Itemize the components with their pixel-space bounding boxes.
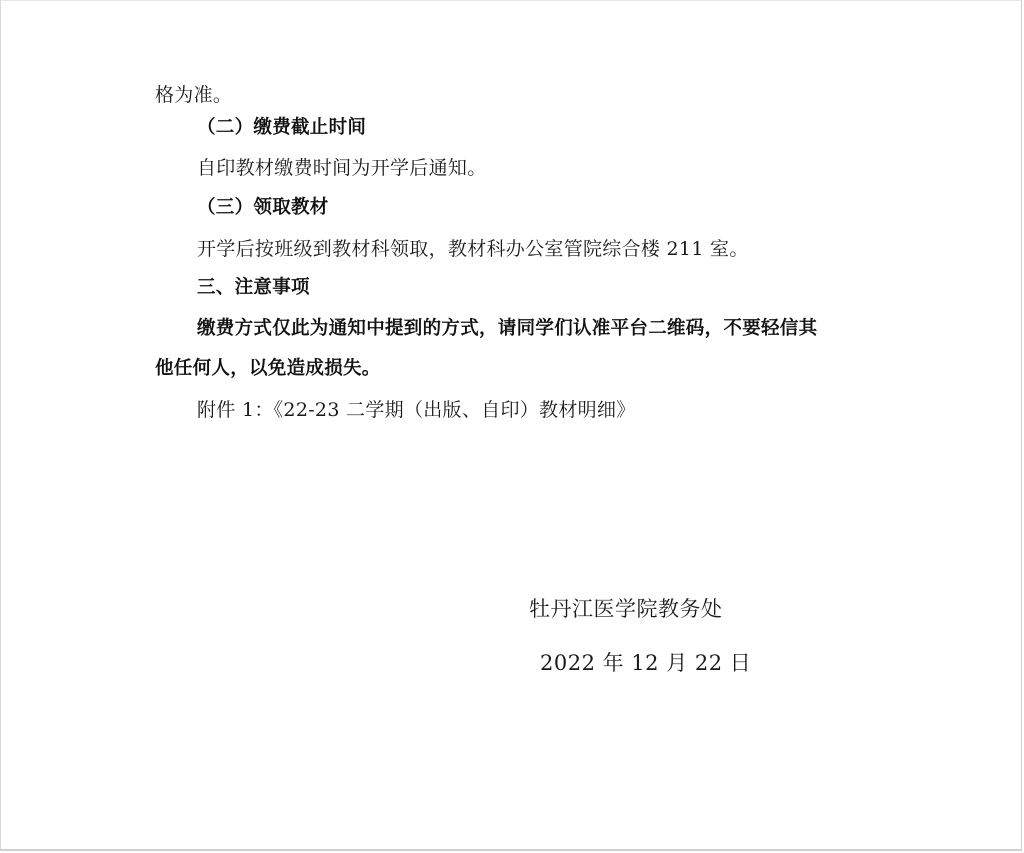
section-heading-notes: 三、注意事项 (197, 276, 310, 300)
payment-deadline-paragraph: 自印教材缴费时间为开学后通知。 (197, 156, 487, 180)
attachment-reference: 附件 1：《22-23 二学期（出版、自印）教材明细》 (197, 398, 636, 422)
document-page: 格为准。 （二）缴费截止时间 自印教材缴费时间为开学后通知。 （三）领取教材 开… (0, 0, 1022, 851)
section-heading-collect-textbooks: （三）领取教材 (197, 196, 329, 220)
continuation-text: 格为准。 (155, 83, 232, 107)
section-heading-payment-deadline: （二）缴费截止时间 (197, 116, 366, 140)
collect-textbooks-paragraph: 开学后按班级到教材科领取，教材科办公室管院综合楼 211 室。 (197, 237, 749, 261)
signature-issuer: 牡丹江医学院教务处 (529, 597, 723, 621)
signature-date: 2022 年 12 月 22 日 (540, 651, 751, 675)
notes-paragraph-line-1: 缴费方式仅此为通知中提到的方式，请同学们认准平台二维码，不要轻信其 (197, 317, 817, 341)
notes-paragraph-line-2: 他任何人，以免造成损失。 (155, 357, 381, 381)
